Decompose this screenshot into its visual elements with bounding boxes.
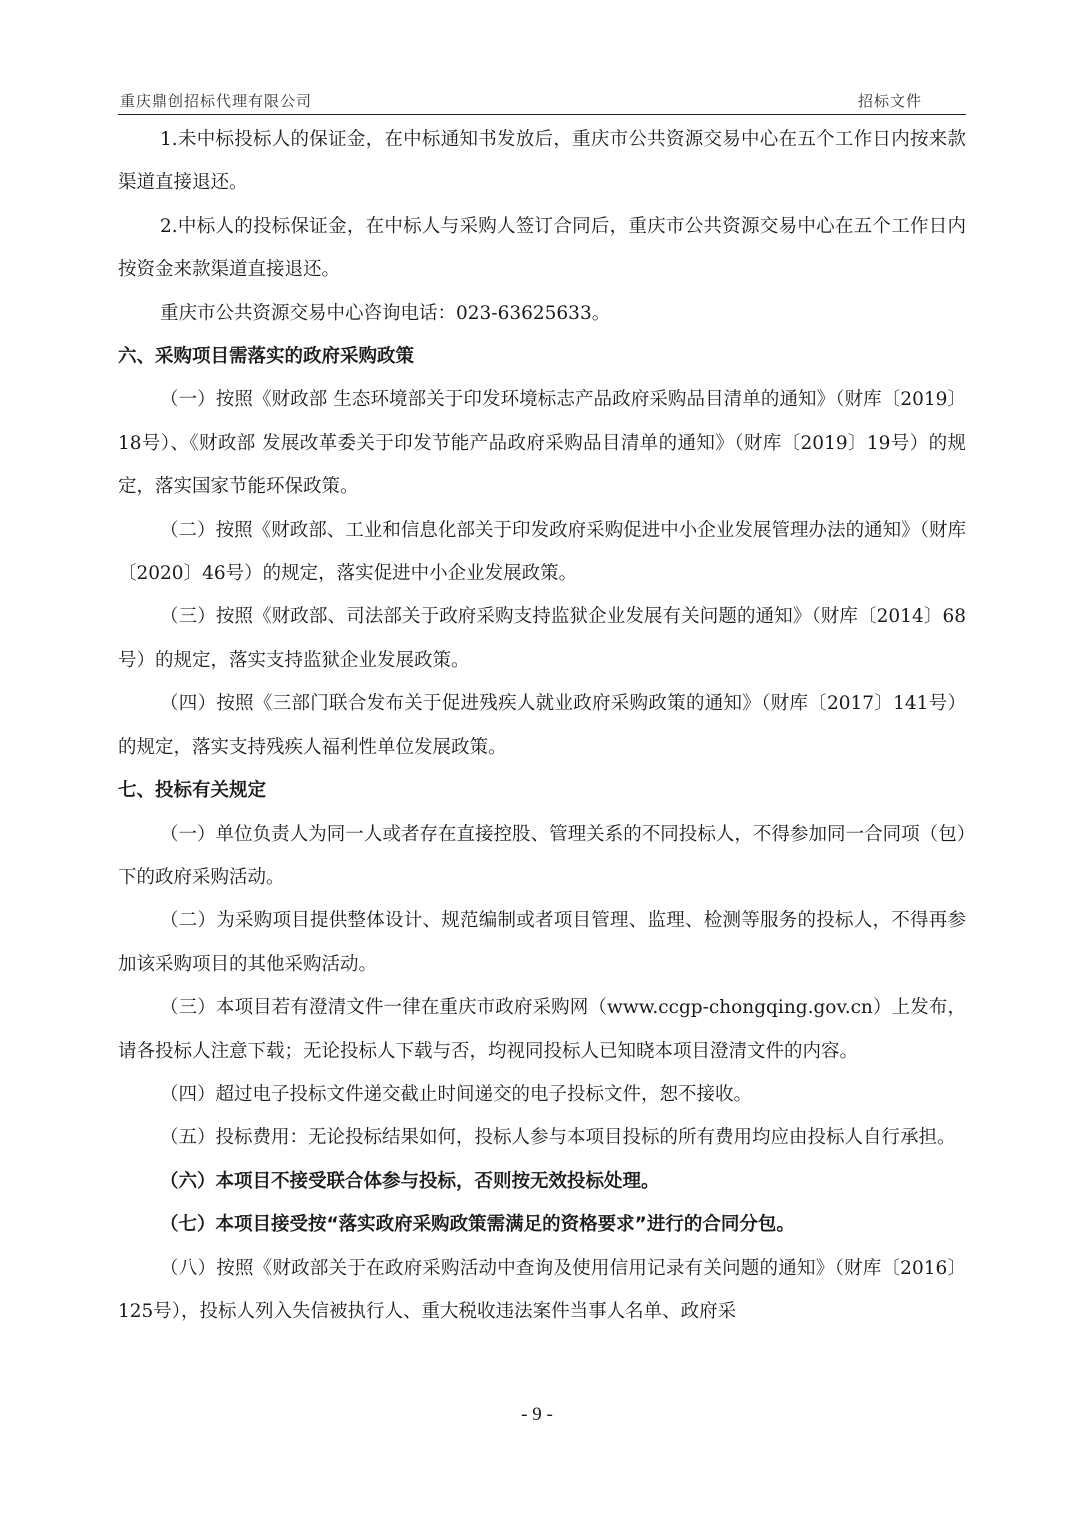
paragraph-policy-2: （二）按照《财政部、工业和信息化部关于印发政府采购促进中小企业发展管理办法的通知…: [118, 509, 966, 596]
header-document-type: 招标文件: [858, 90, 922, 111]
paragraph-policy-3: （三）按照《财政部、司法部关于政府采购支持监狱企业发展有关问题的通知》（财库〔2…: [118, 595, 966, 682]
page-number: - 9 -: [0, 1404, 1074, 1426]
paragraph-deposit-refund-1: 1.未中标投标人的保证金，在中标通知书发放后，重庆市公共资源交易中心在五个工作日…: [118, 118, 966, 205]
paragraph-rule-4: （四）超过电子投标文件递交截止时间递交的电子投标文件，恕不接收。: [118, 1073, 966, 1116]
paragraph-deposit-refund-2: 2.中标人的投标保证金，在中标人与采购人签订合同后，重庆市公共资源交易中心在五个…: [118, 205, 966, 292]
paragraph-rule-2: （二）为采购项目提供整体设计、规范编制或者项目管理、监理、检测等服务的投标人，不…: [118, 899, 966, 986]
paragraph-rule-6-bold: （六）本项目不接受联合体参与投标，否则按无效投标处理。: [118, 1160, 966, 1203]
page-header: 重庆鼎创招标代理有限公司 招标文件: [118, 88, 966, 115]
document-body: 1.未中标投标人的保证金，在中标通知书发放后，重庆市公共资源交易中心在五个工作日…: [118, 118, 966, 1333]
paragraph-rule-7-bold: （七）本项目接受按“落实政府采购政策需满足的资格要求”进行的合同分包。: [118, 1203, 966, 1246]
paragraph-rule-8: （八）按照《财政部关于在政府采购活动中查询及使用信用记录有关问题的通知》（财库〔…: [118, 1247, 966, 1334]
paragraph-rule-5: （五）投标费用：无论投标结果如何，投标人参与本项目投标的所有费用均应由投标人自行…: [118, 1116, 966, 1159]
paragraph-policy-4: （四）按照《三部门联合发布关于促进残疾人就业政府采购政策的通知》（财库〔2017…: [118, 682, 966, 769]
paragraph-policy-1: （一）按照《财政部 生态环境部关于印发环境标志产品政府采购品目清单的通知》（财库…: [118, 378, 966, 508]
section-heading-7: 七、投标有关规定: [118, 769, 966, 812]
paragraph-rule-1: （一）单位负责人为同一人或者存在直接控股、管理关系的不同投标人，不得参加同一合同…: [118, 813, 966, 900]
header-company-name: 重庆鼎创招标代理有限公司: [120, 90, 312, 111]
paragraph-contact-phone: 重庆市公共资源交易中心咨询电话：023-63625633。: [118, 292, 966, 335]
paragraph-rule-3: （三）本项目若有澄清文件一律在重庆市政府采购网（www.ccgp-chongqi…: [118, 986, 966, 1073]
section-heading-6: 六、采购项目需落实的政府采购政策: [118, 335, 966, 378]
